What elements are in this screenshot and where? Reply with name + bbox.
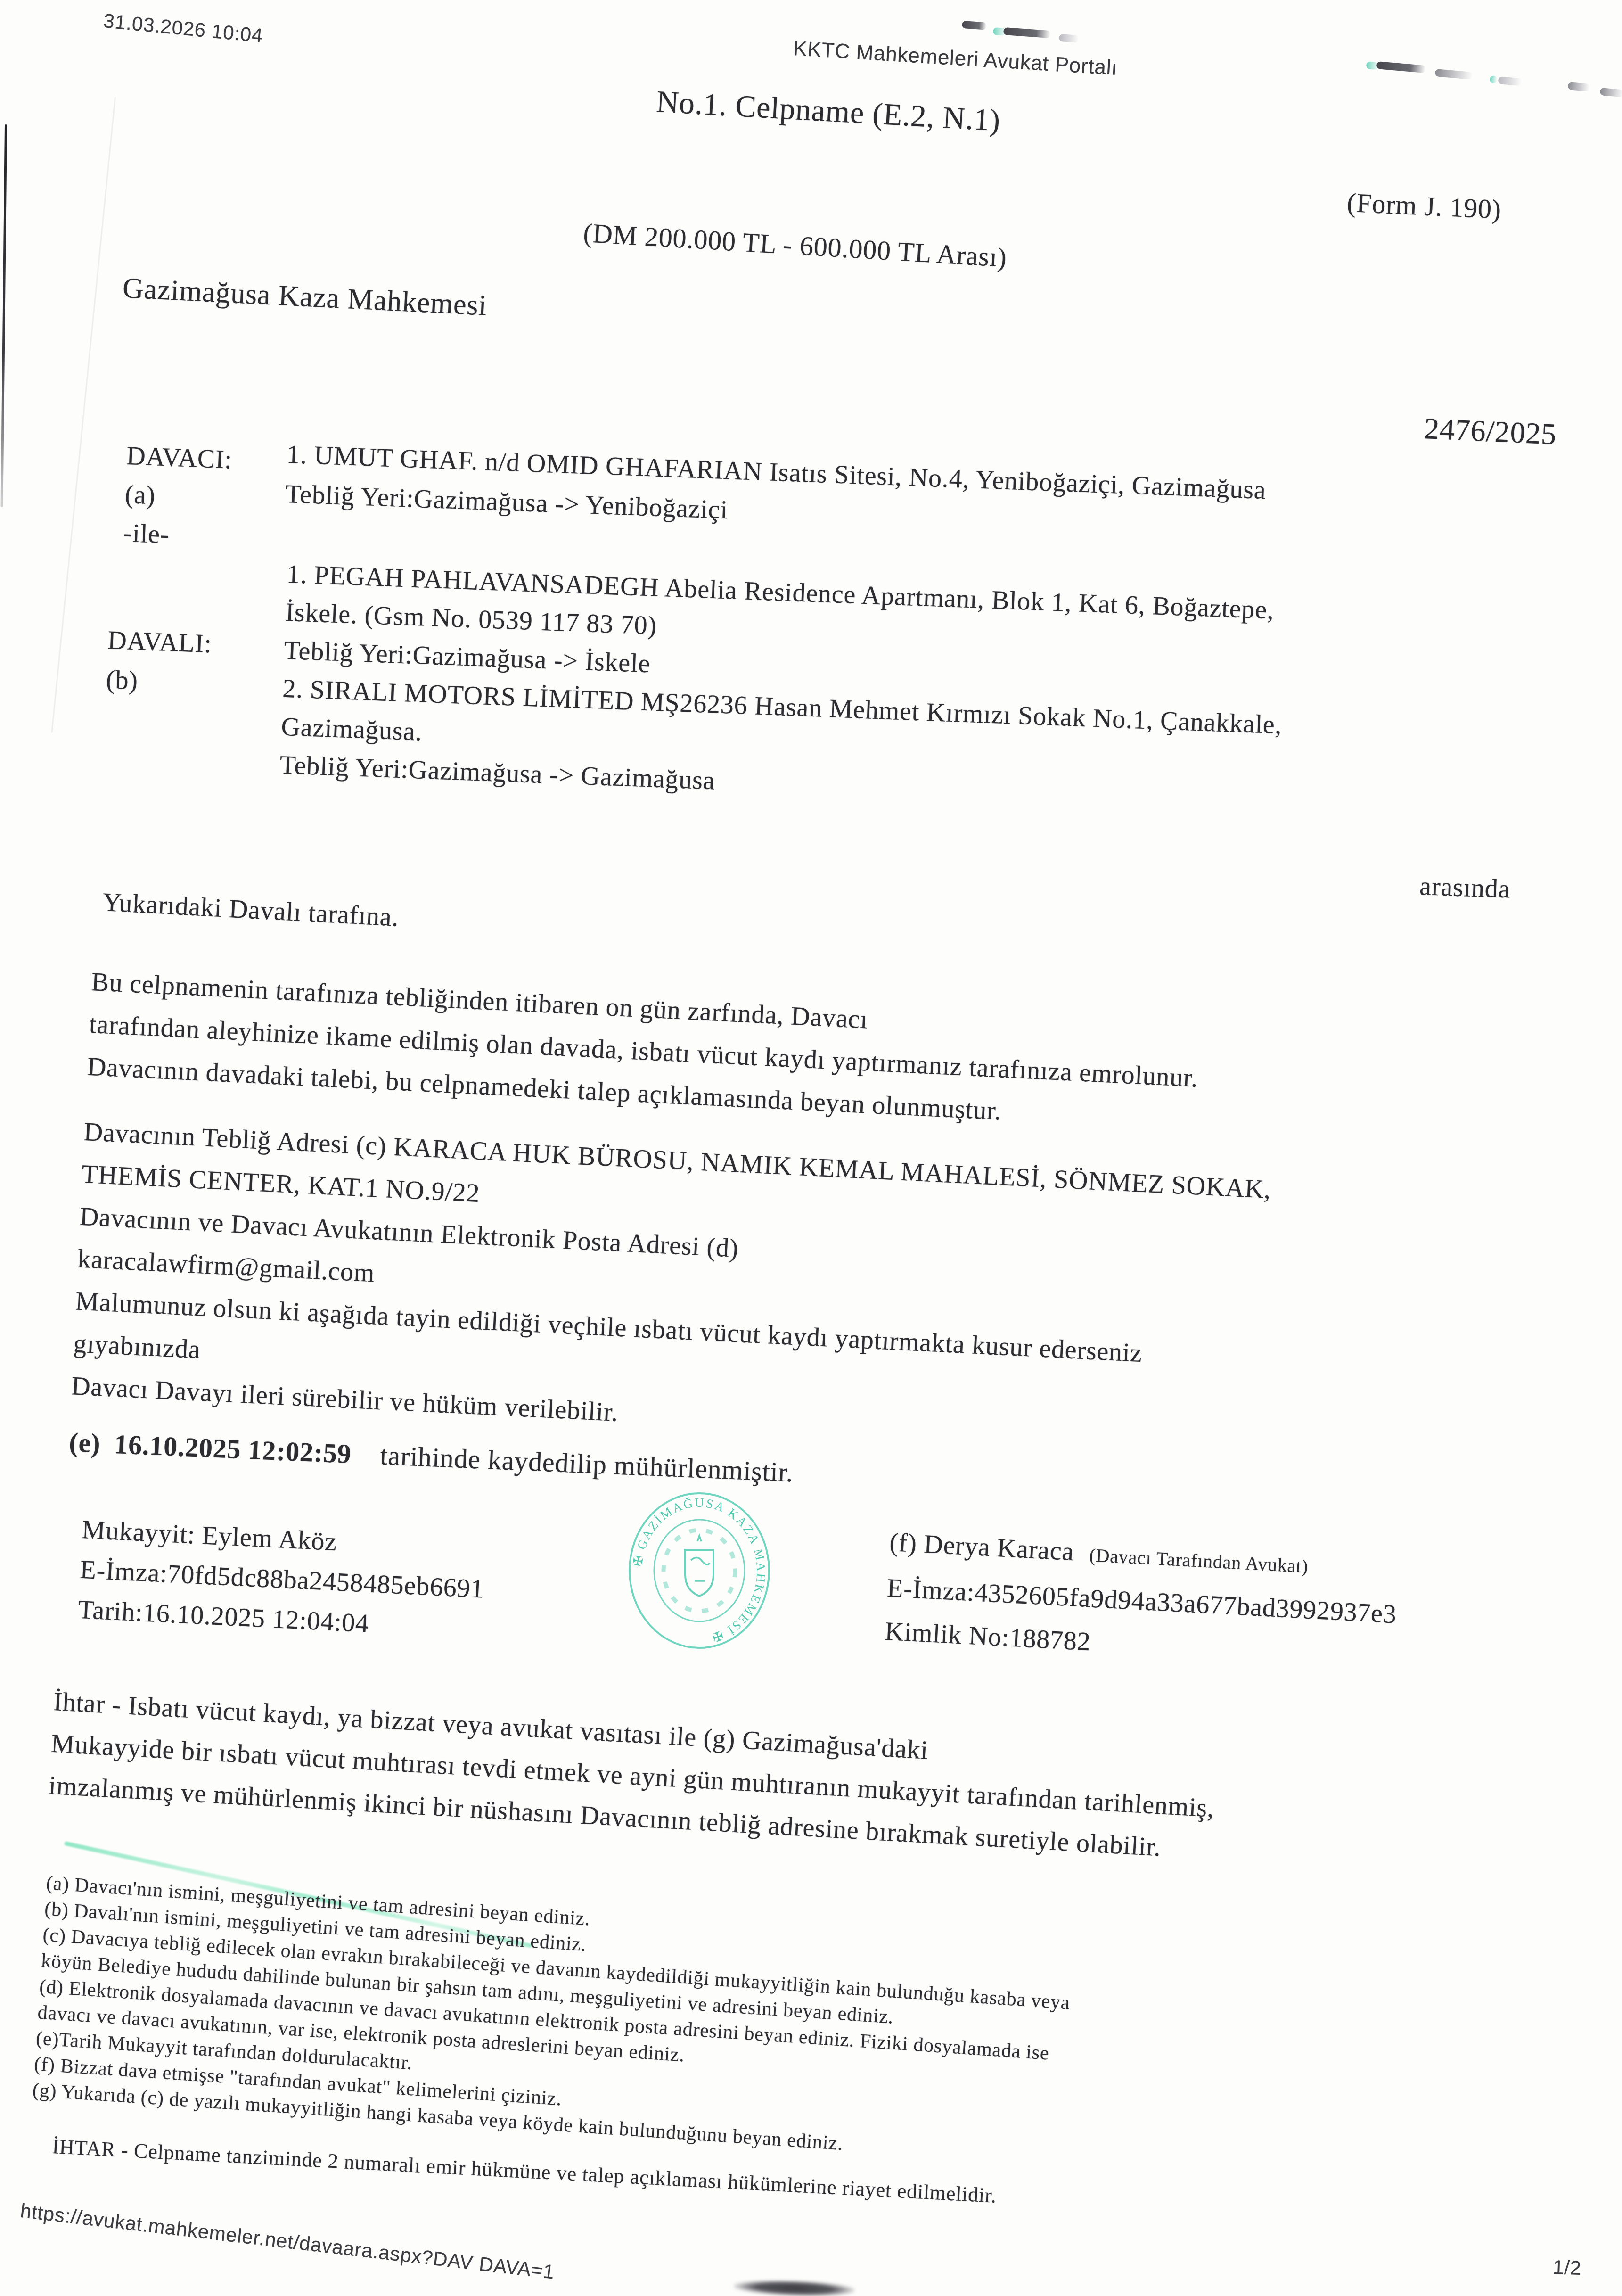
defendant-label: DAVALI: — [107, 620, 213, 664]
footnote-ref-a: (a) — [124, 475, 231, 518]
plaintiff-label-column: DAVACI: (a) -ile- — [123, 436, 233, 556]
court-emblem-icon — [685, 1536, 713, 1596]
seal-ring-text: ✠ GAZİMAĞUSA KAZA MAHKEMESİ ✠ — [631, 1496, 768, 1645]
registration-suffix: tarihinde kaydedilip mühürlenmiştir. — [379, 1440, 794, 1488]
addressee-line: Yukarıdaki Davalı tarafına. — [101, 881, 400, 938]
court-name: Gazimağusa Kaza Mahkemesi — [122, 272, 488, 323]
summons-paragraph: Bu celpnamenin tarafınıza tebliğinden it… — [86, 961, 1201, 1142]
plaintiff-label: DAVACI: — [126, 436, 233, 479]
page-indicator: 1/2 — [1552, 2256, 1581, 2280]
defendant-details: 1. PEGAH PAHLAVANSADEGH Abelia Residence… — [279, 555, 1287, 821]
scan-edge-line-artifact — [0, 124, 7, 507]
plaintiff-details: 1. UMUT GHAF. n/d OMID GHAFARIAN Isatıs … — [285, 435, 1267, 550]
lawyer-role: (Davacı Tarafından Avukat) — [1089, 1544, 1309, 1577]
svg-text:✠ GAZİMAĞUSA KAZA MAHKEMESİ ✠: ✠ GAZİMAĞUSA KAZA MAHKEMESİ ✠ — [631, 1496, 768, 1645]
form-number: (Form J. 190) — [1346, 187, 1502, 225]
footnotes-block: (a) Davacı'nın ismini, meşguliyetini ve … — [32, 1870, 1074, 2172]
scan-timestamp: 31.03.2026 10:04 — [102, 9, 264, 47]
ihtar-paragraph: İhtar - Isbatı vücut kaydı, ya bizzat ve… — [48, 1681, 1218, 1872]
scan-smudge-artifact — [1376, 61, 1426, 73]
footnote-ref-b: (b) — [106, 660, 211, 703]
lawyer-name: (f) Derya Karaca — [889, 1528, 1075, 1566]
official-seal-stamp: ✠ GAZİMAĞUSA KAZA MAHKEMESİ ✠ — [626, 1489, 773, 1653]
registrar-signature-block: Mukayyit: Eylem Aköz E-İmza:70fd5dc88ba2… — [77, 1510, 487, 1650]
scan-smudge-artifact — [1059, 34, 1079, 43]
scan-smudge-artifact — [734, 2279, 855, 2296]
scan-smudge-artifact — [1490, 75, 1498, 83]
service-address-paragraph: Davacının Tebliğ Adresi (c) KARACA HUK B… — [70, 1111, 1272, 1465]
scan-smudge-artifact — [962, 21, 987, 30]
defendant-label-column: DAVALI: (b) — [106, 620, 213, 703]
scan-scratch-artifact — [51, 97, 116, 733]
claim-amount-range: (DM 200.000 TL - 600.000 TL Arası) — [582, 217, 1008, 273]
document-title: No.1. Celpname (E.2, N.1) — [655, 84, 1001, 139]
scan-smudge-artifact — [1568, 82, 1590, 91]
scanned-celpname-document: 31.03.2026 10:04 KKTC Mahkemeleri Avukat… — [0, 0, 1622, 2296]
case-number: 2476/2025 — [1424, 411, 1557, 452]
arasinda-label: arasında — [1419, 865, 1511, 910]
scan-smudge-artifact — [1498, 76, 1522, 86]
footnote-ref-e: (e) — [68, 1427, 101, 1459]
registration-datetime: 16.10.2025 12:02:59 — [114, 1429, 352, 1469]
footer-url: https://avukat.mahkemeler.net/davaara.as… — [19, 2199, 556, 2284]
scan-smudge-artifact — [1435, 69, 1473, 80]
portal-header: KKTC Mahkemeleri Avukat Portalı — [793, 37, 1118, 80]
scan-smudge-artifact — [1600, 88, 1622, 97]
ile-separator: -ile- — [123, 514, 230, 557]
scan-smudge-artifact — [1003, 27, 1051, 38]
lawyer-signature-block: (f) Derya Karaca (Davacı Tarafından Avuk… — [884, 1521, 1400, 1679]
